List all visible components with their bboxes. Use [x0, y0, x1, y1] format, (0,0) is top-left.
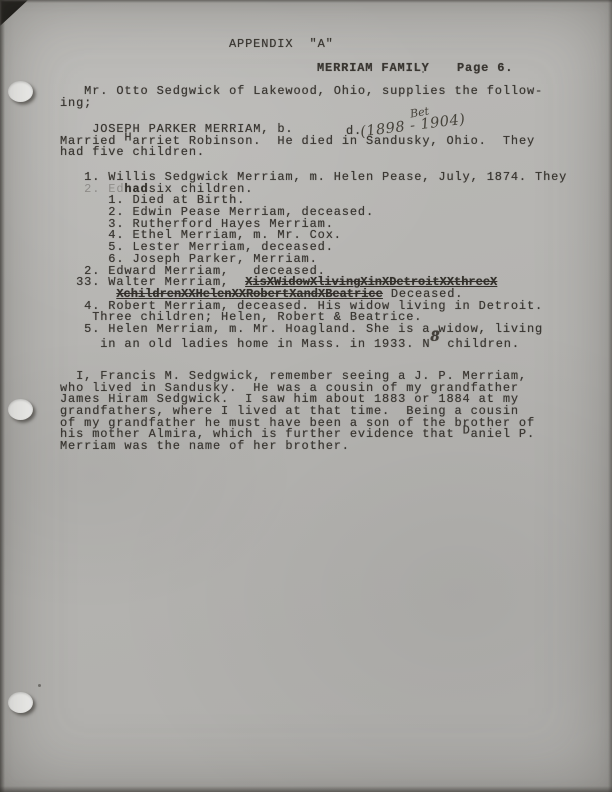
ink-speck [38, 684, 41, 687]
scan-edge-shadow-bottom [0, 786, 612, 792]
appendix-title: APPENDIX "A" [229, 37, 334, 51]
family-title: MERRIAM FAMILY [317, 61, 430, 75]
punch-hole-bottom [8, 692, 33, 713]
handwritten-8: 8 [430, 332, 440, 344]
text-line: Mr. Otto Sedgwick of Lakewood, Ohio, sup… [60, 86, 543, 98]
punch-hole-middle [8, 399, 33, 420]
scan-edge-shadow-right [608, 0, 612, 792]
handwritten-annotation: d. Bet (1898 - 1904) [346, 108, 516, 148]
text-segment: aniel P. [471, 427, 535, 441]
page-number: Page 6. [457, 61, 513, 75]
scan-edge-shadow-left [0, 0, 5, 792]
text-segment: in an old ladies home in Mass. in 1933. [60, 337, 422, 351]
scanned-document-page: APPENDIX "A" MERRIAM FAMILY Page 6. Mr. … [0, 0, 612, 792]
scan-edge-shadow-top [0, 0, 612, 3]
list-item: 5. Helen Merriam, m. Mr. Hoagland. She i… [60, 324, 567, 336]
closing-paragraph: I, Francis M. Sedgwick, remember seeing … [60, 371, 535, 453]
raised-letter: H [124, 132, 132, 144]
handwritten-8-correction: o8 [430, 336, 439, 347]
intro-paragraph: Mr. Otto Sedgwick of Lakewood, Ohio, sup… [60, 86, 543, 109]
text-line: had five children. [60, 147, 535, 159]
punch-hole-top [8, 81, 33, 102]
text-line: Merriam was the name of her brother. [60, 441, 535, 453]
children-list: 1. Willis Sedgwick Merriam, m. Helen Pea… [60, 172, 567, 347]
list-item-annotated: in an old ladies home in Mass. in 1933. … [60, 336, 567, 348]
text-segment: children. [439, 337, 520, 351]
raised-letter: D [463, 426, 471, 438]
